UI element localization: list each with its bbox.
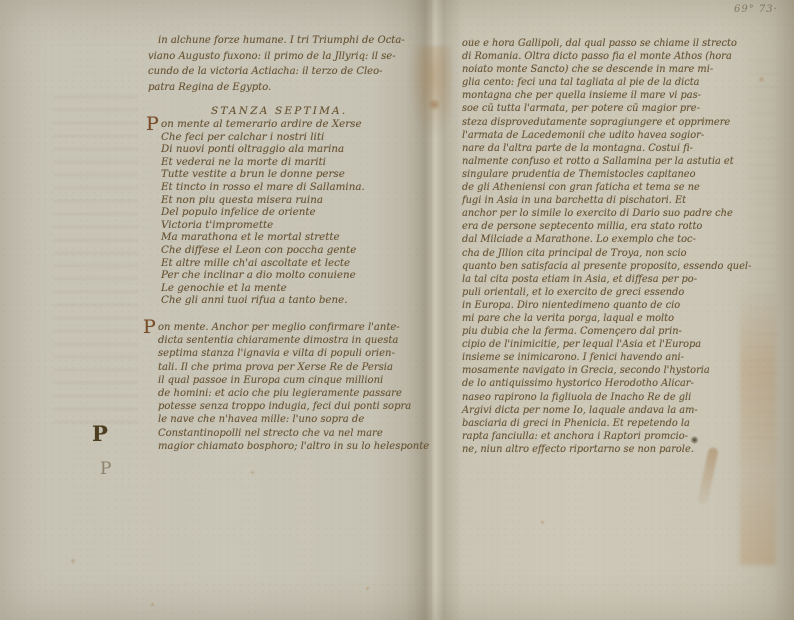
stanza-first-line-text: on mente al temerario ardire de Xerse	[161, 118, 362, 130]
right-page-text: oue e hora Gallipoli, dal qual passo se …	[462, 37, 750, 456]
text-line: in Europa. Diro nientedimeno quanto de c…	[462, 299, 750, 312]
margin-letter-sketch: P	[100, 459, 111, 479]
text-line: soe cū tutta l'armata, per potere cū mag…	[462, 102, 750, 115]
commentary-line: magior chiamato bosphoro; l'altro in su …	[158, 440, 424, 453]
commentary-line: septima stanza l'ignavia e vilta di popu…	[158, 347, 424, 360]
manuscript-spread: 69° 73· in alchune forze humane. I tri T…	[0, 0, 794, 620]
commentary-first-line-text: on mente. Anchor per meglio confirmare l…	[158, 322, 400, 333]
commentary-first-line: Pon mente. Anchor per meglio confirmare …	[158, 321, 424, 334]
stanza-line: Di nuovi ponti oltraggio ala marina	[161, 143, 423, 156]
stanza-line: Et tincto in rosso el mare di Sallamina.	[161, 181, 423, 194]
text-line: era de persone septecento millia, era st…	[462, 220, 750, 233]
text-line: cha de Jllion cita principal de Troya, n…	[462, 247, 750, 260]
stanza-heading: STANZA SEPTIMA.	[211, 105, 347, 117]
text-line: l'armata de Lacedemonii che udito havea …	[462, 129, 750, 142]
stanza-line: Per che inclinar a dio molto conuiene	[161, 269, 423, 282]
text-line: Argivi dicta per nome Io, laquale andava…	[462, 404, 750, 417]
stanza-line: Et non piu questa misera ruina	[161, 194, 423, 207]
text-line: de gli Atheniensi con gran faticha et te…	[462, 181, 750, 194]
stanza-line: Che feci per calchar i nostri liti	[161, 131, 423, 144]
folio-current-number: 73·	[759, 4, 778, 15]
text-line: dal Milciade a Marathone. Lo exemplo che…	[462, 233, 750, 246]
stanza-first-line: Pon mente al temerario ardire de Xerse	[161, 118, 423, 131]
intro-line: patra Regina de Egypto.	[148, 80, 422, 96]
text-line: noiato monte Sancto) che se descende in …	[462, 63, 750, 76]
commentary-line: dicta sententia chiaramente dimostra in …	[158, 334, 424, 347]
text-line: nare da l'altra parte de la montagna. Co…	[462, 142, 750, 155]
stanza-line: Tutte vestite a brun le donne perse	[161, 168, 423, 181]
text-line: mi pare che la verita porga, laqual e mo…	[462, 312, 750, 325]
stanza-line: Et altre mille ch'ai ascoltate et lecte	[161, 257, 423, 270]
intro-paragraph: in alchune forze humane. I tri Triumphi …	[148, 33, 422, 95]
intro-line: viano Augusto fuxono: il primo de la Jll…	[148, 49, 422, 65]
stanza-line: Et vederai ne la morte di mariti	[161, 156, 423, 169]
stanza-line: Del populo infelice de oriente	[161, 206, 423, 219]
text-line: ne, niun altro effecto riportarno se non…	[462, 443, 750, 456]
commentary-line: de homini: et acio che piu legieramente …	[158, 387, 424, 400]
intro-line: in alchune forze humane. I tri Triumphi …	[148, 33, 422, 49]
stanza-line: Che diffese el Leon con poccha gente	[161, 244, 423, 257]
commentary-line: Constantinopolli nel strecto che va nel …	[158, 427, 424, 440]
commentary-initial: P	[143, 319, 156, 335]
commentary-lines: dicta sententia chiaramente dimostra in …	[158, 334, 424, 453]
text-line: montagna che per quella insieme il mare …	[462, 89, 750, 102]
text-line: anchor per lo simile lo exercito di Dari…	[462, 207, 750, 220]
text-line: la tal cita posta etiam in Asia, et diff…	[462, 273, 750, 286]
commentary-line: potesse senza troppo indugia, feci dui p…	[158, 400, 424, 413]
text-line: puli orientali, et lo exercito de greci …	[462, 286, 750, 299]
text-line: basciaria di greci in Phenicia. Et repet…	[462, 417, 750, 430]
text-line: oue e hora Gallipoli, dal qual passo se …	[462, 37, 750, 50]
stanza: Pon mente al temerario ardire de Xerse C…	[161, 118, 423, 307]
text-line: glia cento: feci una tal tagliata al pie…	[462, 76, 750, 89]
stanza-line: Victoria t'impromette	[161, 219, 423, 232]
text-line: mosamente navigato in Grecia, secondo l'…	[462, 364, 750, 377]
text-line: rapta fanciulla: et anchora i Raptori pr…	[462, 430, 750, 443]
folio-number: 69° 73·	[734, 4, 778, 15]
stanza-initial: P	[146, 116, 159, 132]
text-line: di Romania. Oltra dicto passo fia el mon…	[462, 50, 750, 63]
text-line: insieme se inimicarono. I fenici havendo…	[462, 351, 750, 364]
text-line: fugi in Asia in una barchetta di pischat…	[462, 194, 750, 207]
commentary-line: tali. Il che prima prova per Xerse Re de…	[158, 361, 424, 374]
text-line: naseo rapirono la figliuola de Inacho Re…	[462, 391, 750, 404]
stanza-lines: Che feci per calchar i nostri litiDi nuo…	[161, 131, 423, 307]
commentary-paragraph: Pon mente. Anchor per meglio confirmare …	[158, 321, 424, 453]
text-line: cipio de l'inimicitie, per lequal l'Asia…	[462, 338, 750, 351]
folio-old-mark: 69°	[734, 4, 755, 15]
text-line: quanto ben satisfacia al presente propos…	[462, 260, 750, 273]
text-line: de lo antiquissimo hystorico Herodotho A…	[462, 377, 750, 390]
stanza-line: Ma marathona et le mortal strette	[161, 231, 423, 244]
text-line: nalmente confuso et rotto a Sallamina pe…	[462, 155, 750, 168]
stanza-line: Che gli anni tuoi rifua a tanto bene.	[161, 294, 423, 307]
commentary-line: le nave che n'havea mille: l'uno sopra d…	[158, 413, 424, 426]
commentary-line: il qual passoe in Europa cum cinque mill…	[158, 374, 424, 387]
text-line: steza disprovedutamente sopragiungere et…	[462, 116, 750, 129]
stanza-line: Le genochie et la mente	[161, 282, 423, 295]
text-line: piu dubia che la ferma. Començero dal pr…	[462, 325, 750, 338]
intro-line: cundo de la victoria Actiacha: il terzo …	[148, 64, 422, 80]
margin-letter-ornate: P	[92, 421, 108, 446]
text-line: singulare prudentia de Themistocles capi…	[462, 168, 750, 181]
